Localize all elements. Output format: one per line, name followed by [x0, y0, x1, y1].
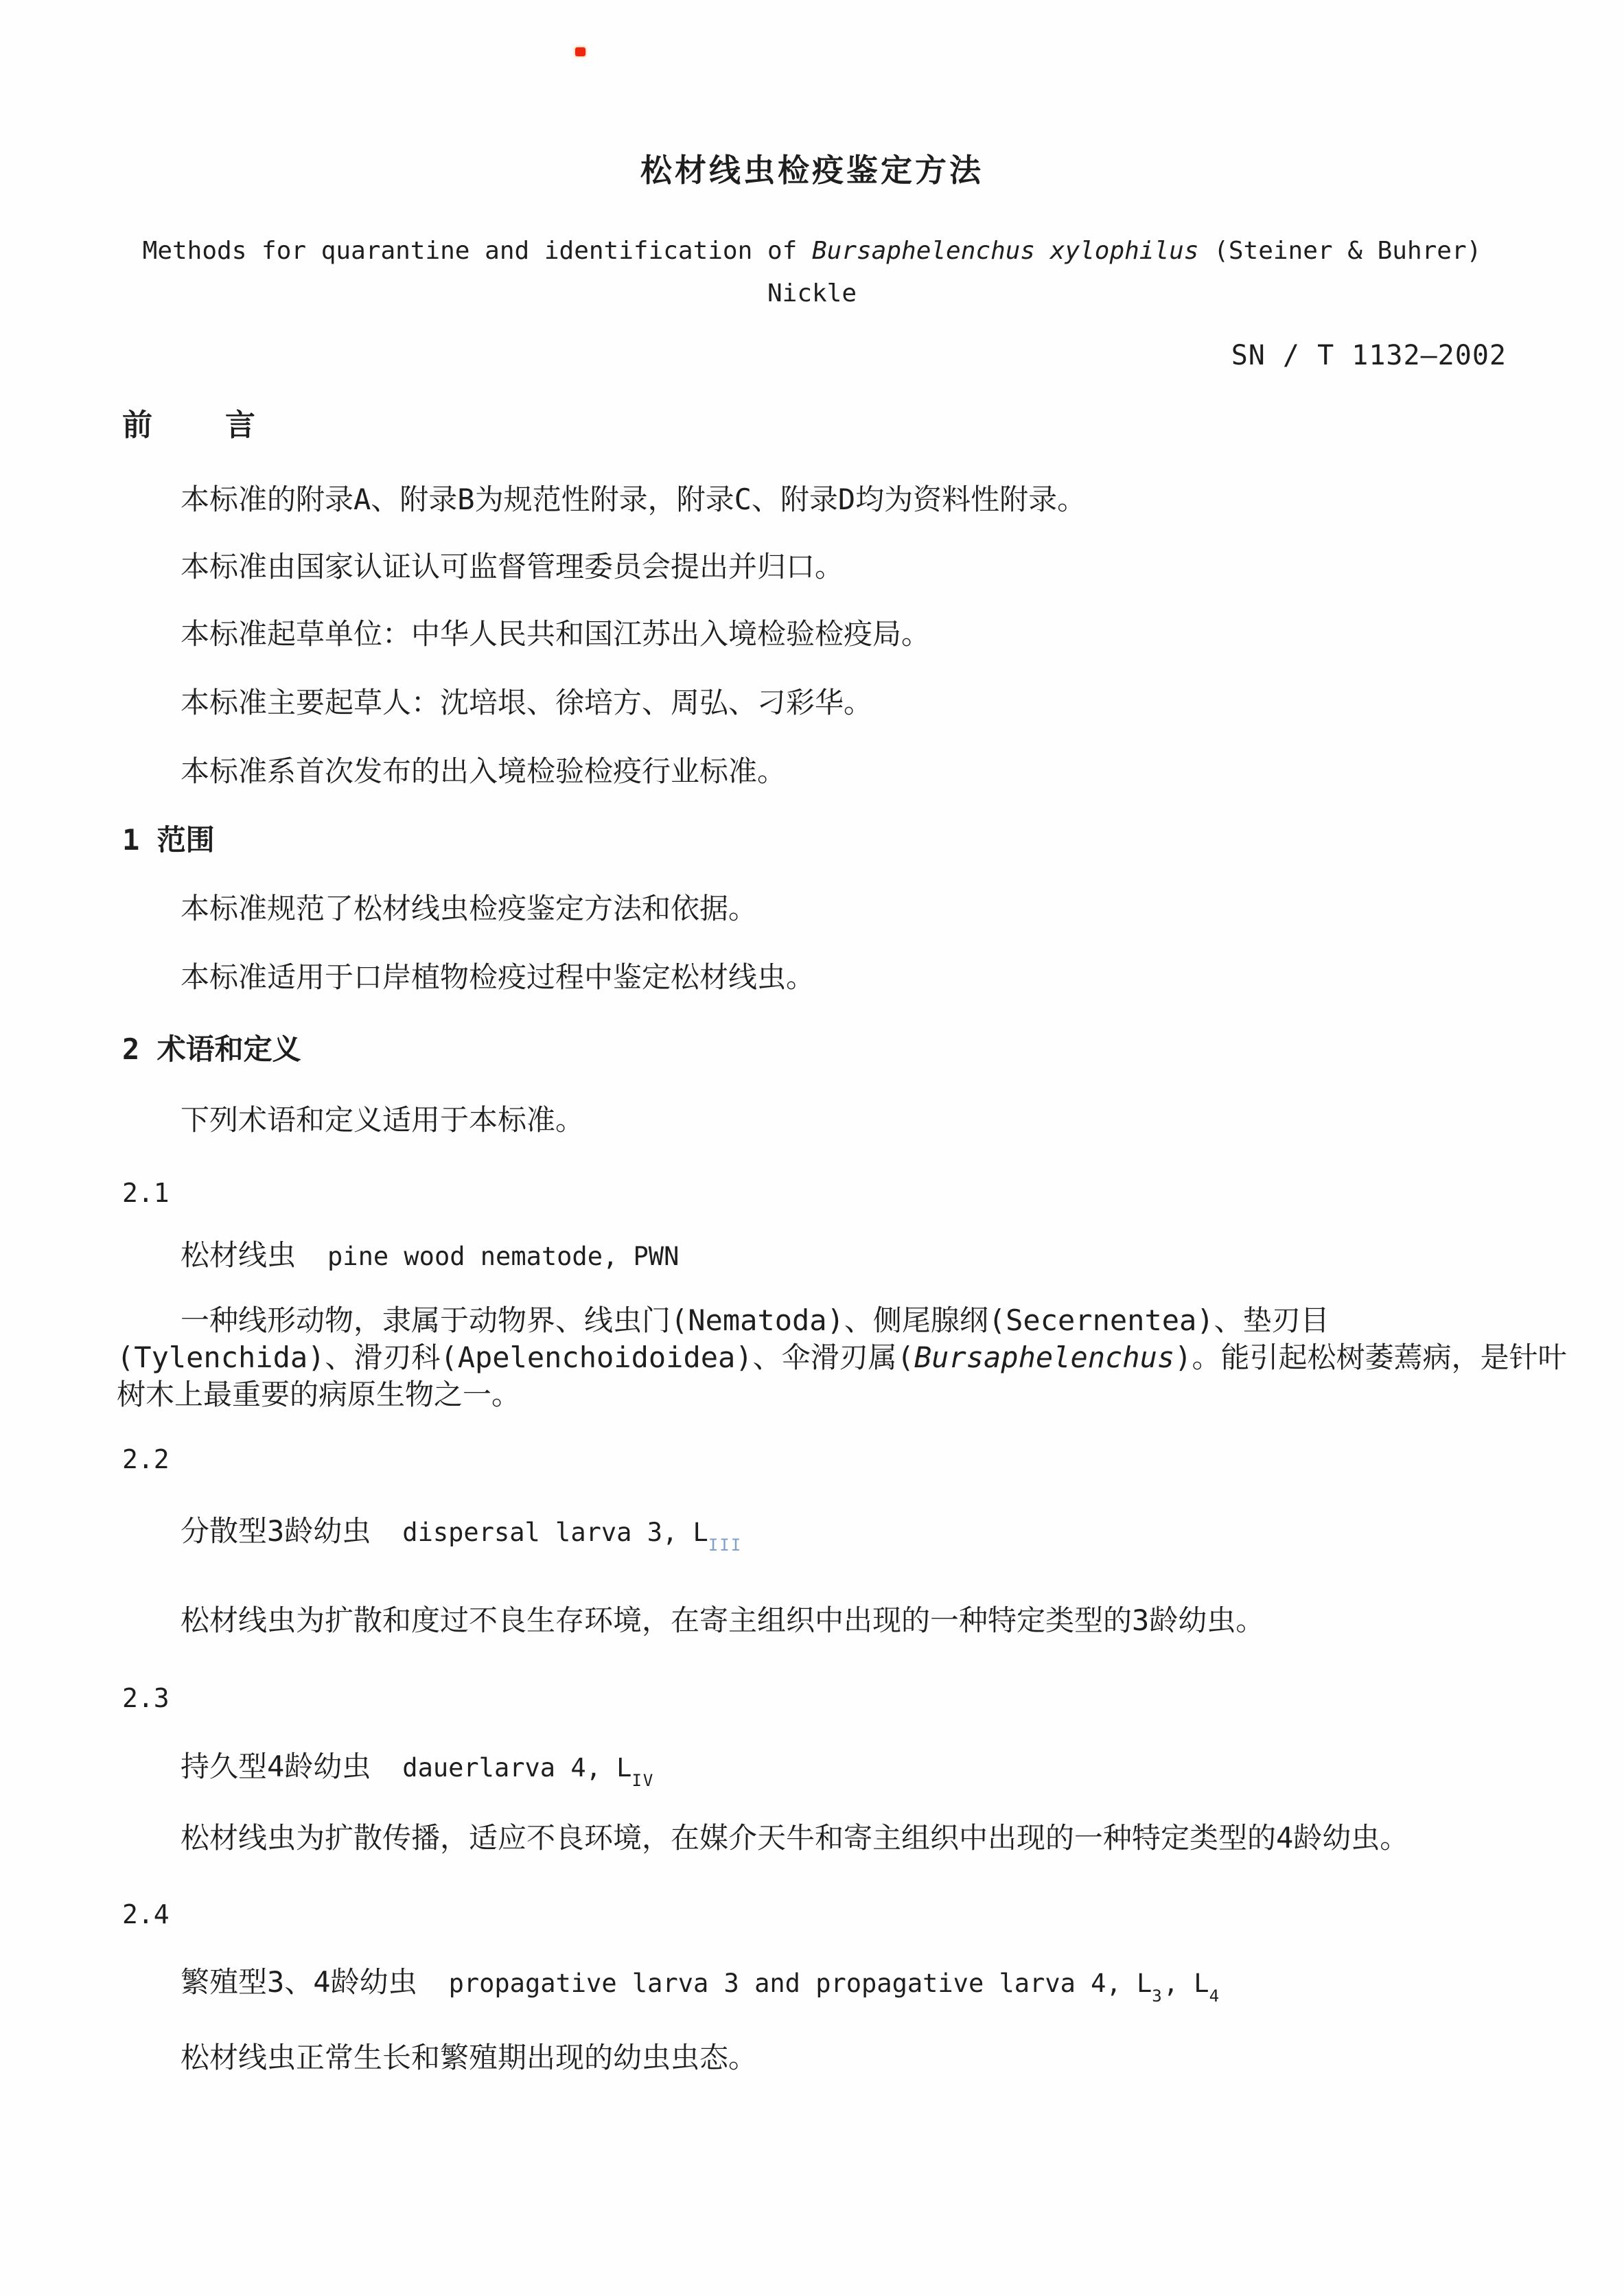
- term-en: pine wood nematode, PWN: [327, 1242, 679, 1271]
- scope-paragraph: 本标准规范了松材线虫检疫鉴定方法和依据。: [181, 891, 757, 927]
- definition-pre: (Tylenchida)、滑刃科(Apelenchoidoidea)、伞滑刃属(: [117, 1341, 914, 1374]
- term-cn: 持久型4龄幼虫: [181, 1750, 371, 1783]
- term-subscript: IV: [631, 1771, 654, 1790]
- term-line-2-1: 松材线虫pine wood nematode, PWN: [181, 1238, 679, 1275]
- scope-paragraph: 本标准适用于口岸植物检疫过程中鉴定松材线虫。: [181, 960, 815, 995]
- term-subscript: 3: [1152, 1986, 1163, 2006]
- term-subscript: 4: [1209, 1986, 1220, 2006]
- definition-line: 松材线虫为扩散和度过不良生存环境，在寄主组织中出现的一种特定类型的3龄幼虫。: [181, 1603, 1264, 1638]
- page-title-en-line2: Nickle: [0, 276, 1624, 312]
- term-label-2-4: 2.4: [122, 1897, 170, 1932]
- foreword-paragraph: 本标准由国家认证认可监督管理委员会提出并归口。: [181, 549, 844, 585]
- definition-line: 松材线虫为扩散传播，适应不良环境，在媒介天牛和寄主组织中出现的一种特定类型的4龄…: [181, 1820, 1408, 1856]
- page-title: 松材线虫检疫鉴定方法: [0, 152, 1624, 188]
- definition-post: )。能引起松树萎蔫病，是针叶: [1174, 1341, 1566, 1374]
- term-en: dauerlarva 4, L: [402, 1753, 631, 1783]
- foreword-heading: 前 言: [122, 408, 255, 443]
- term-label-2-1: 2.1: [122, 1175, 170, 1211]
- document-page: 松材线虫检疫鉴定方法 Methods for quarantine and id…: [0, 0, 1624, 2296]
- term-line-2-2: 分散型3龄幼虫dispersal larva 3, LIII: [181, 1514, 742, 1563]
- page-title-en: Methods for quarantine and identificatio…: [0, 233, 1624, 269]
- term-en-mid: , L: [1163, 1969, 1209, 1998]
- standard-number: SN / T 1132—2002: [1231, 338, 1507, 373]
- definition-genus: Bursaphelenchus: [914, 1341, 1174, 1374]
- foreword-paragraph: 本标准起草单位：中华人民共和国江苏出入境检验检疫局。: [181, 616, 930, 652]
- foreword-paragraph: 本标准的附录A、附录B为规范性附录，附录C、附录D均为资料性附录。: [181, 482, 1086, 518]
- definition-line: 松材线虫正常生长和繁殖期出现的幼虫虫态。: [181, 2040, 757, 2076]
- term-line-2-4: 繁殖型3、4龄幼虫propagative larva 3 and propaga…: [181, 1964, 1220, 2014]
- terms-intro: 下列术语和定义适用于本标准。: [181, 1102, 584, 1138]
- term-label-2-2: 2.2: [122, 1441, 170, 1477]
- term-subscript: III: [708, 1535, 742, 1555]
- section-heading-terms: 2 术语和定义: [122, 1032, 301, 1067]
- definition-line: (Tylenchida)、滑刃科(Apelenchoidoidea)、伞滑刃属(…: [117, 1340, 1566, 1376]
- term-cn: 松材线虫: [181, 1238, 296, 1272]
- term-line-2-3: 持久型4龄幼虫dauerlarva 4, LIV: [181, 1749, 654, 1798]
- section-heading-scope: 1 范围: [122, 822, 215, 858]
- term-en: dispersal larva 3, L: [402, 1518, 708, 1547]
- title-en-post: (Steiner & Buhrer): [1199, 237, 1482, 265]
- term-label-2-3: 2.3: [122, 1680, 170, 1716]
- term-en: propagative larva 3 and propagative larv…: [449, 1969, 1152, 1998]
- term-cn: 繁殖型3、4龄幼虫: [181, 1965, 417, 1999]
- foreword-paragraph: 本标准系首次发布的出入境检验检疫行业标准。: [181, 754, 786, 789]
- definition-line: 一种线形动物，隶属于动物界、线虫门(Nematoda)、侧尾腺纲(Secerne…: [181, 1303, 1330, 1338]
- red-scan-mark: [575, 47, 585, 56]
- title-en-species: Bursaphelenchus xylophilus: [812, 237, 1199, 265]
- term-cn: 分散型3龄幼虫: [181, 1514, 371, 1548]
- title-en-pre: Methods for quarantine and identificatio…: [143, 237, 812, 265]
- foreword-paragraph: 本标准主要起草人：沈培垠、徐培方、周弘、刁彩华。: [181, 685, 872, 721]
- definition-line: 树木上最重要的病原生物之一。: [117, 1377, 520, 1413]
